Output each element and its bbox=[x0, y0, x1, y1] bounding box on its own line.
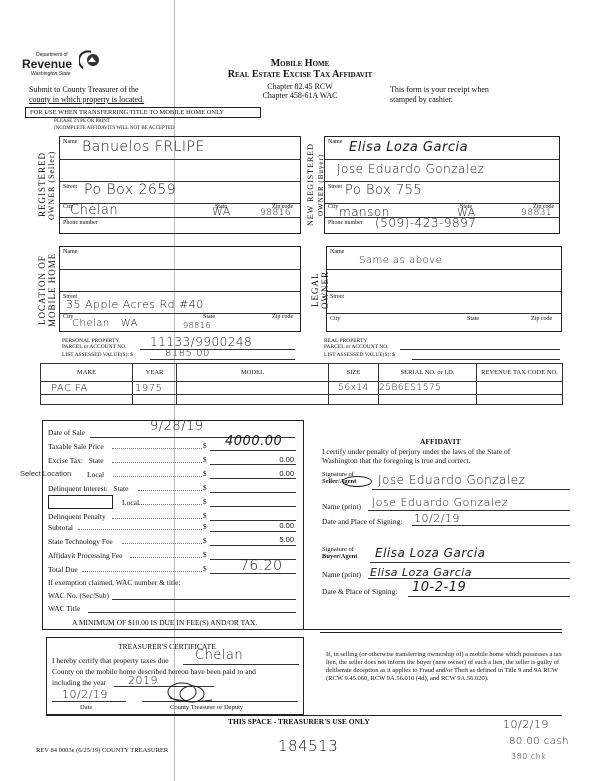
seller-box: Name Banuelos FRLIPE Street Po Box 2659 … bbox=[59, 136, 301, 234]
dor-logo: Department of Revenue Washington State bbox=[22, 52, 102, 82]
leader bbox=[113, 476, 202, 477]
amount-underline bbox=[210, 545, 296, 546]
buyer-date-place-underline bbox=[408, 596, 570, 597]
delinquent-penalty-label: Delinquent Penalty bbox=[48, 512, 106, 521]
list-assessed-label: LIST ASSESSED VALUE(S): $ bbox=[62, 352, 133, 358]
state-technology-fee-label: State Technology Fee bbox=[48, 537, 113, 546]
personal-parcel-label: PERSONAL PROPERTY PARCEL or ACCOUNT NO. bbox=[62, 338, 127, 350]
buyer-name-label: Name bbox=[328, 139, 342, 145]
submit-line-1: Submit to County Treasurer of the bbox=[29, 85, 144, 95]
seller-zip-field[interactable]: 98816 bbox=[260, 208, 291, 218]
revenue-code-cell[interactable] bbox=[477, 382, 563, 395]
wac-no-label: WAC No. (Sec/Sub) bbox=[48, 591, 109, 600]
county-underline bbox=[183, 664, 299, 665]
header-year: YEAR bbox=[133, 364, 177, 382]
delinquent-location-input[interactable] bbox=[48, 495, 113, 509]
make-cell[interactable] bbox=[41, 395, 133, 405]
dollar-sign: $ bbox=[203, 537, 207, 545]
size-cell[interactable] bbox=[329, 395, 379, 405]
dollar-sign: $ bbox=[203, 551, 207, 559]
chapter-rcw: Chapter 82.45 RCW bbox=[180, 82, 420, 91]
dollar-sign: $ bbox=[203, 498, 207, 506]
receipt-note-check: 380 chk bbox=[511, 752, 546, 761]
amount-underline bbox=[210, 492, 296, 493]
subtotal-field[interactable]: 0.00 bbox=[210, 521, 294, 530]
leader bbox=[112, 448, 202, 449]
dollar-sign: $ bbox=[203, 484, 207, 492]
notice-top-rule bbox=[320, 632, 562, 633]
seller-name-print-underline bbox=[368, 510, 570, 511]
receipt-line-1: This form is your receipt when bbox=[390, 85, 489, 95]
total-due-label: Total Due bbox=[48, 565, 78, 574]
amount-underline bbox=[210, 450, 296, 451]
state-technology-fee-field[interactable]: 5.00 bbox=[210, 535, 294, 544]
amount-underline bbox=[210, 464, 296, 465]
logo-revenue-text: Revenue bbox=[22, 57, 72, 71]
location-state-label: State bbox=[203, 314, 215, 320]
affidavit-text: I certify under penalty of perjury under… bbox=[322, 447, 510, 465]
amount-underline bbox=[210, 506, 296, 507]
treasurer-year-field[interactable]: 2019 bbox=[128, 674, 158, 687]
receipt-note-cash: 80.00 cash bbox=[509, 736, 569, 747]
location-section-label: LOCATION OFMOBILE HOME bbox=[38, 250, 58, 330]
location-street-field[interactable]: 35 Apple Acres Rd #40 bbox=[66, 298, 204, 311]
wac-title-underline bbox=[88, 612, 296, 613]
date-of-sale-label: Date of Sale bbox=[48, 428, 85, 437]
seller-date-place-underline bbox=[412, 525, 570, 526]
receipt-note: This form is your receipt when stamped b… bbox=[390, 85, 489, 105]
header-serial: SERIAL NO. or I.D. bbox=[379, 364, 477, 382]
excise-state-label: Excise Tax: State bbox=[48, 456, 104, 465]
type-or-print-instruction: PLEASE TYPE OR PRINT bbox=[54, 119, 110, 124]
model-cell[interactable] bbox=[177, 395, 329, 405]
dollar-sign: $ bbox=[203, 456, 207, 464]
amount-underline bbox=[210, 531, 296, 532]
chapter-wac: Chapter 458-61A WAC bbox=[180, 91, 420, 100]
leader bbox=[122, 543, 202, 544]
treasurer-date-underline bbox=[52, 701, 126, 702]
date-of-sale-field[interactable]: 9/28/19 bbox=[150, 419, 204, 434]
seller-name-label: Name bbox=[63, 139, 77, 145]
location-state-field[interactable]: 98816 bbox=[183, 321, 211, 330]
buyer-signature-field[interactable]: Elisa Loza Garcia bbox=[375, 546, 486, 560]
buyer-name2-field[interactable]: Jose Eduardo Gonzalez bbox=[337, 162, 484, 176]
seller-signature-underline bbox=[372, 489, 570, 490]
legal-owner-name-field[interactable]: Same as above bbox=[359, 255, 442, 266]
buyer-name-print-field[interactable]: Elisa Loza Garcia bbox=[370, 566, 472, 579]
page-title: Mobile Home Real Estate Excise Tax Affid… bbox=[180, 58, 420, 100]
seller-name-print-label: Name (print) bbox=[322, 502, 361, 511]
treasurer-line-1: I hereby certify that property taxes due bbox=[52, 656, 169, 665]
leader bbox=[112, 518, 202, 519]
legal-owner-state-label: State bbox=[467, 316, 479, 322]
treasurer-signature-scribble bbox=[160, 680, 220, 706]
serial-cell[interactable]: 25B6ES1575 bbox=[379, 382, 477, 395]
model-cell[interactable] bbox=[177, 382, 329, 395]
buyer-street-field[interactable]: Po Box 755 bbox=[345, 183, 422, 198]
buyer-phone-label: Phone number bbox=[328, 220, 363, 226]
treasurer-use-rule bbox=[46, 715, 562, 716]
seller-street-label: Street bbox=[63, 184, 77, 190]
leader bbox=[112, 462, 202, 463]
affidavit-title: AFFIDAVIT bbox=[420, 437, 461, 446]
treasurer-line-3: including the year bbox=[52, 678, 106, 687]
logo-state-text: Washington State bbox=[31, 71, 70, 77]
location-box: Name Street 35 Apple Acres Rd #40 City C… bbox=[59, 246, 301, 332]
buyer-date-place-field[interactable]: 10-2-19 bbox=[412, 580, 466, 595]
incomplete-warning: INCOMPLETE AFFIDAVITS WILL NOT BE ACCEPT… bbox=[54, 126, 175, 131]
receipt-note-date: 10/2/19 bbox=[503, 718, 549, 731]
receipt-line-2: stamped by cashier. bbox=[390, 95, 489, 105]
seller-section-label: REGISTEREDOWNER (Seller) bbox=[38, 140, 58, 230]
taxable-sale-price-field[interactable]: 4000.00 bbox=[225, 434, 282, 449]
buyer-box: Name Elisa Loza Garcia Jose Eduardo Gonz… bbox=[324, 136, 560, 234]
year-cell[interactable]: 1975 bbox=[133, 382, 177, 395]
seller-signature-field[interactable]: Jose Eduardo Gonzalez bbox=[378, 473, 525, 487]
leader bbox=[130, 557, 202, 558]
buyer-city-label: City bbox=[328, 204, 338, 210]
location-zip-label: Zip code bbox=[272, 314, 293, 320]
dollar-sign: $ bbox=[203, 442, 207, 450]
list-assessed-field[interactable]: 8185.00 bbox=[165, 348, 210, 359]
legal-owner-city-label: City bbox=[330, 316, 340, 322]
location-name-label: Name bbox=[63, 249, 77, 255]
treasurer-signer-label: County Treasurer or Deputy bbox=[170, 704, 243, 711]
leader bbox=[82, 571, 202, 572]
leader bbox=[138, 490, 202, 491]
delinquent-interest-state-label: Delinquent Interest: State bbox=[48, 484, 128, 493]
list-assessed-underline bbox=[150, 359, 295, 360]
seller-name-field[interactable]: Banuelos FRLIPE bbox=[82, 139, 205, 155]
delinquent-interest-local-label: Local bbox=[122, 498, 139, 507]
year-cell[interactable] bbox=[133, 395, 177, 405]
table-row: PAC FA 1975 56x14 25B6ES1575 bbox=[41, 382, 563, 395]
seller-date-place-label: Date and Place of Signing: bbox=[322, 517, 402, 526]
treasurer-use-only-heading: THIS SPACE - TREASURER'S USE ONLY bbox=[228, 717, 370, 726]
header-model: MODEL bbox=[177, 364, 329, 382]
mobile-home-table: MAKE YEAR MODEL SIZE SERIAL NO. or I.D. … bbox=[40, 363, 563, 405]
mountain-logo-icon bbox=[79, 50, 101, 70]
wac-no-underline bbox=[112, 599, 296, 600]
header-revenue-code: REVENUE TAX CODE NO. bbox=[477, 364, 563, 382]
submit-line-2: county in which property is located. bbox=[29, 95, 144, 105]
excise-local-field[interactable]: 0.00 bbox=[210, 469, 294, 478]
usage-banner: FOR USE WHEN TRANSFERRING TITLE TO MOBIL… bbox=[25, 107, 261, 118]
legal-owner-street-label: Street bbox=[330, 294, 344, 300]
buyer-name-field[interactable]: Elisa Loza Garcia bbox=[349, 140, 468, 155]
leader bbox=[78, 529, 202, 530]
subtotal-label: Subtotal bbox=[48, 523, 73, 532]
excise-state-field[interactable]: 0.00 bbox=[210, 455, 294, 464]
buyer-street-label: Street bbox=[328, 184, 342, 190]
buyer-signature-label: Signature of Buyer/Agent bbox=[322, 546, 357, 560]
legal-owner-name-label: Name bbox=[330, 249, 344, 255]
submit-instructions: Submit to County Treasurer of the county… bbox=[29, 85, 144, 105]
wac-title-label: WAC Title bbox=[48, 604, 80, 613]
receipt-number: 184513 bbox=[278, 737, 338, 755]
tax-lien-notice: If, in selling (or otherwise transferrin… bbox=[326, 651, 562, 683]
personal-parcel-field[interactable]: 11133/9900248 bbox=[150, 335, 252, 349]
seller-city-field[interactable]: Chelan bbox=[70, 203, 118, 218]
real-parcel-underline bbox=[400, 349, 560, 350]
buyer-phone-field[interactable]: (509)-423-9897 bbox=[375, 216, 476, 230]
buyer-date-place-label: Date & Place of Signing: bbox=[322, 587, 397, 596]
seller-street-field[interactable]: Po Box 2659 bbox=[84, 182, 176, 198]
revenue-code-cell[interactable] bbox=[477, 395, 563, 405]
real-list-assessed-underline bbox=[412, 359, 560, 360]
title-line-1: Mobile Home bbox=[180, 58, 420, 69]
dollar-sign: $ bbox=[203, 470, 207, 478]
serial-cell[interactable] bbox=[379, 395, 477, 405]
make-cell[interactable]: PAC FA bbox=[41, 382, 133, 395]
select-location-dropdown[interactable]: Select Location bbox=[20, 469, 71, 478]
dollar-sign: $ bbox=[203, 565, 207, 573]
affidavit-processing-fee-label: Affidavit Processing Fee bbox=[48, 551, 122, 560]
taxable-sale-price-label: Taxable Sale Price bbox=[48, 442, 104, 451]
treasurer-date-field[interactable]: 10/2/19 bbox=[62, 688, 108, 701]
size-cell[interactable]: 56x14 bbox=[329, 382, 379, 395]
title-line-2: Real Estate Excise Tax Affidavit bbox=[180, 69, 420, 80]
seller-name-print-field[interactable]: Jose Eduardo Gonzalez bbox=[372, 496, 508, 509]
table-header-row: MAKE YEAR MODEL SIZE SERIAL NO. or I.D. … bbox=[41, 364, 563, 382]
header-size: SIZE bbox=[329, 364, 379, 382]
dollar-sign: $ bbox=[203, 512, 207, 520]
seller-date-place-field[interactable]: 10/2/19 bbox=[414, 512, 460, 525]
dollar-sign: $ bbox=[203, 523, 207, 531]
real-list-assessed-label: LIST ASSESSED VALUE(S): $ bbox=[324, 352, 395, 358]
total-due-field[interactable]: 76.20 bbox=[240, 558, 283, 574]
amount-underline bbox=[210, 478, 296, 479]
header-make: MAKE bbox=[41, 364, 133, 382]
legal-owner-zip-label: Zip code bbox=[531, 316, 552, 322]
excise-local-label: Local bbox=[87, 470, 104, 479]
buyer-name-print-label: Name (print) bbox=[322, 570, 361, 579]
buyer-signature-underline bbox=[370, 562, 570, 563]
real-parcel-label: REAL PROPERTY PARCEL or ACCOUNT NO. bbox=[324, 338, 389, 350]
location-city-field[interactable]: Chelan WA bbox=[72, 318, 138, 329]
form-identifier: REV 84 0003e (6/25/19) COUNTY TREASURER bbox=[36, 747, 168, 754]
leader bbox=[138, 504, 202, 505]
exemption-label: If exemption claimed, WAC number & title… bbox=[48, 578, 181, 587]
seller-state-field[interactable]: WA bbox=[212, 205, 231, 218]
personal-parcel-underline bbox=[140, 349, 295, 350]
minimum-notice: A MINIMUM OF $10.00 IS DUE IN FEE(S) AND… bbox=[72, 618, 257, 627]
agent-circle bbox=[342, 476, 372, 487]
buyer-zip-field[interactable]: 98831 bbox=[521, 208, 552, 218]
seller-phone-label: Phone number bbox=[63, 220, 98, 226]
table-row bbox=[41, 395, 563, 405]
treasurer-county-field[interactable]: Chelan bbox=[195, 648, 243, 663]
legal-owner-box: Name Same as above Street City State Zip… bbox=[326, 246, 562, 332]
treasurer-date-label: Date bbox=[80, 704, 92, 711]
